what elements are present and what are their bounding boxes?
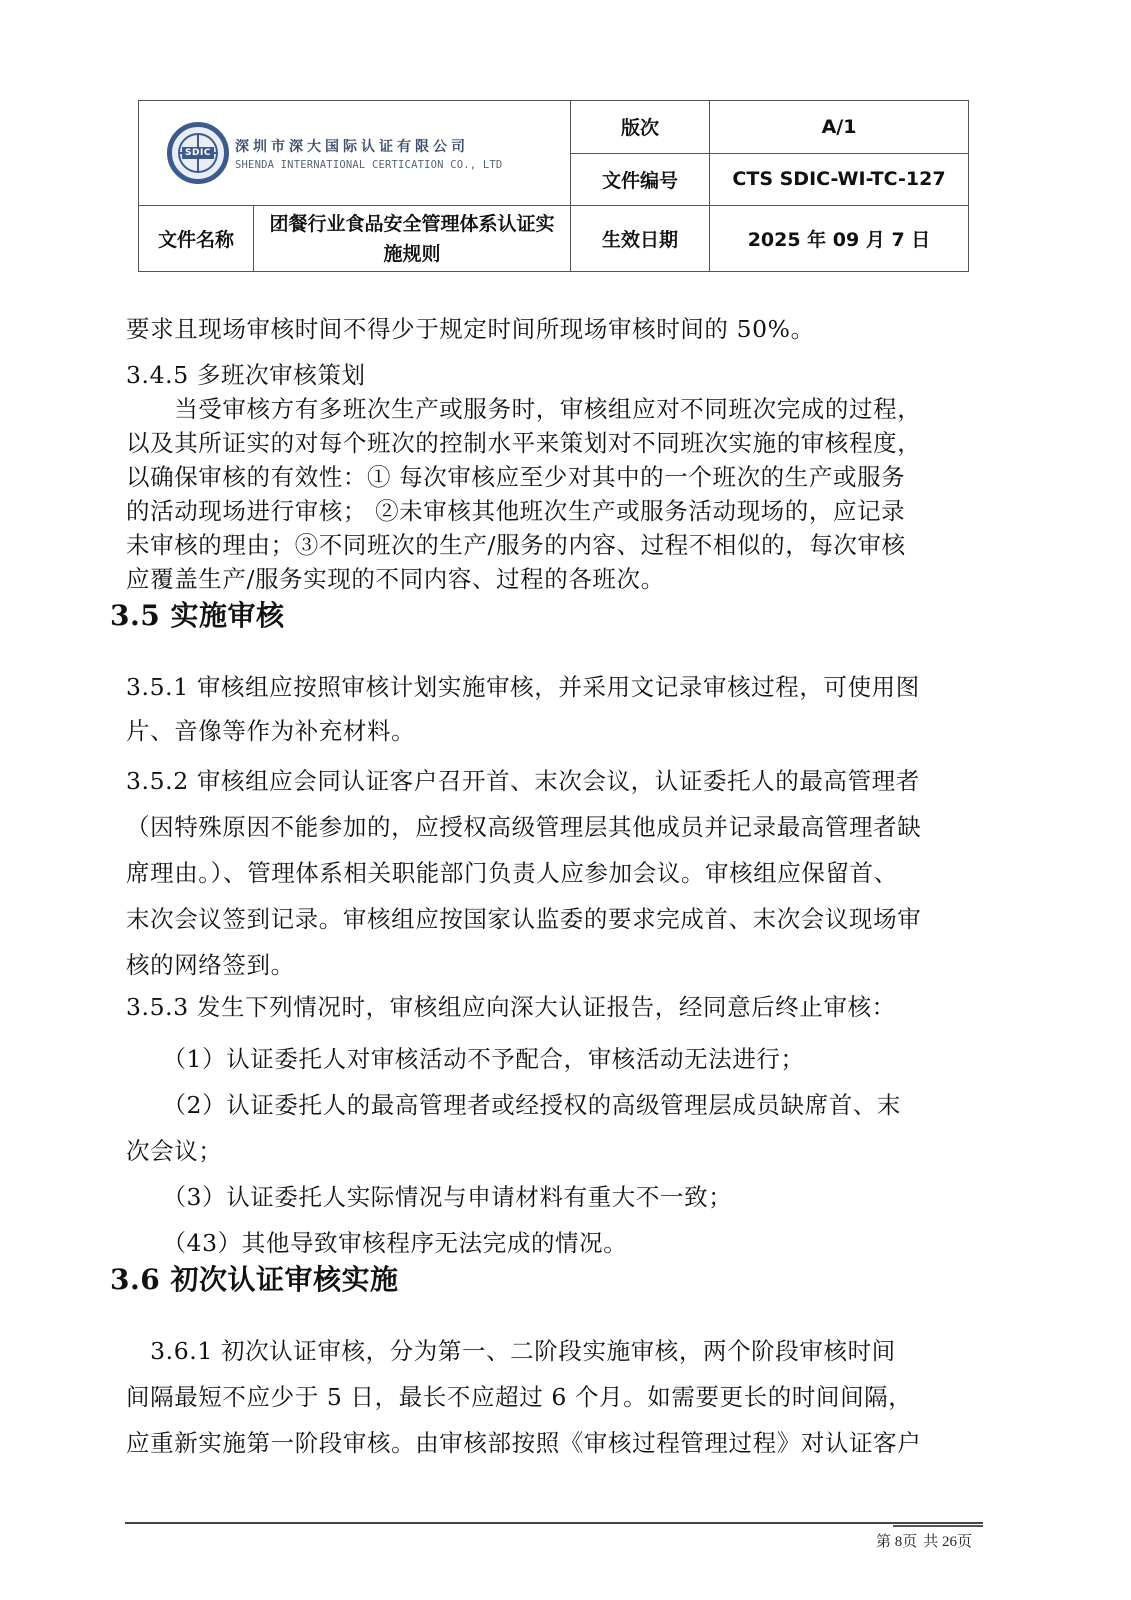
company-logo-cell: SDIC 深圳市深大国际认证有限公司 SHENDA INTERNATIONAL … <box>139 101 571 206</box>
doc-name-value: 团餐行业食品安全管理体系认证实 施规则 <box>254 206 571 272</box>
doc-number-label: 文件编号 <box>571 153 710 206</box>
company-name-cn: 深圳市深大国际认证有限公司 <box>235 136 502 156</box>
list-item: （1）认证委托人对审核活动不予配合，审核活动无法进行； <box>126 1036 986 1082</box>
section-3-5-3-items: （1）认证委托人对审核活动不予配合，审核活动无法进行； （2）认证委托人的最高管… <box>126 1036 986 1266</box>
sdic-logo-icon: SDIC <box>167 122 229 184</box>
section-3-6-1: 3.6.1 初次认证审核，分为第一、二阶段实施审核，两个阶段审核时间 间隔最短不… <box>126 1328 986 1466</box>
section-3-5-2: 3.5.2 审核组应会同认证客户召开首、末次会议，认证委托人的最高管理者 （因特… <box>126 758 986 988</box>
doc-name-label: 文件名称 <box>139 206 254 272</box>
page-number: 第 8页共 26页 <box>876 1530 972 1551</box>
section-3-6-heading: 3.6 初次认证审核实施 <box>110 1258 398 1298</box>
list-item: （3）认证委托人实际情况与申请材料有重大不一致； <box>126 1174 986 1220</box>
footer-divider-short <box>893 1525 983 1527</box>
version-label: 版次 <box>571 101 710 154</box>
list-item: （2）认证委托人的最高管理者或经授权的高级管理层成员缺席首、末 <box>126 1082 986 1128</box>
section-3-5-1: 3.5.1 审核组应按照审核计划实施审核，并采用文记录审核过程，可使用图 片、音… <box>126 665 986 753</box>
company-name-en: SHENDA INTERNATIONAL CERTICATION CO., LT… <box>235 159 502 171</box>
list-item: 次会议； <box>126 1128 986 1174</box>
version-value: A/1 <box>710 101 969 154</box>
section-3-4-5-title: 3.4.5 多班次审核策划 <box>126 358 986 392</box>
section-3-4-5-body: 当受审核方有多班次生产或服务时，审核组应对不同班次完成的过程， 以及其所证实的对… <box>126 392 986 596</box>
footer-divider <box>125 1522 983 1524</box>
paragraph: 要求且现场审核时间不得少于规定时间所现场审核时间的 50%。 <box>126 312 986 346</box>
effective-date-value: 2025 年 09 月 7 日 <box>710 206 969 272</box>
doc-number-value: CTS SDIC-WI-TC-127 <box>710 153 969 206</box>
section-3-5-heading: 3.5 实施审核 <box>110 594 284 634</box>
section-3-5-3-title: 3.5.3 发生下列情况时，审核组应向深大认证报告，经同意后终止审核： <box>126 990 986 1024</box>
effective-date-label: 生效日期 <box>571 206 710 272</box>
document-header-table: SDIC 深圳市深大国际认证有限公司 SHENDA INTERNATIONAL … <box>138 100 969 272</box>
